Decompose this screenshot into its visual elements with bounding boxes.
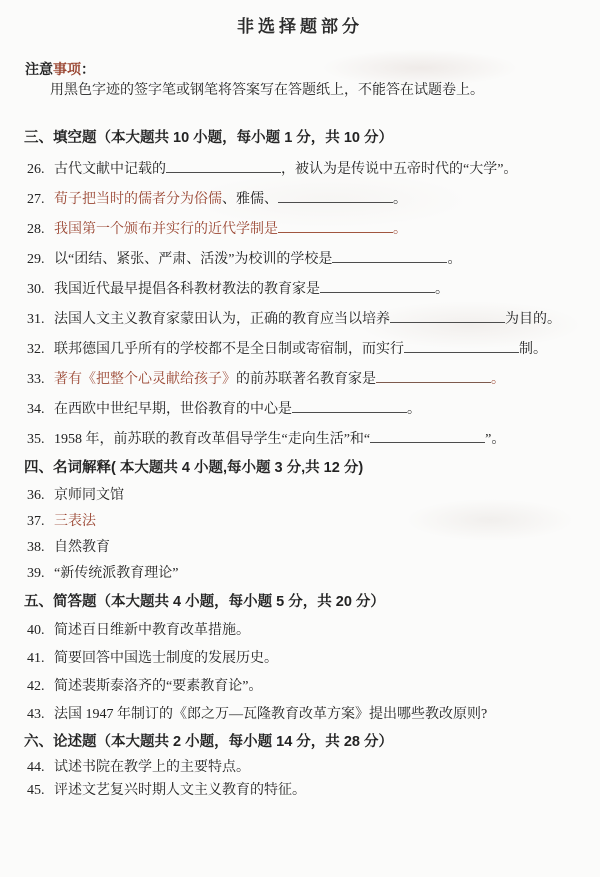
question-33: 33.著有《把整个心灵献给孩子》的前苏联著名教育家是。 bbox=[0, 370, 600, 389]
answer-blank bbox=[278, 220, 393, 233]
question-text: 法国人文主义教育家蒙田认为，正确的教育应当以培养 bbox=[54, 312, 390, 327]
question-text: 。 bbox=[435, 282, 449, 297]
question-text-red: 。 bbox=[491, 372, 505, 387]
question-text-red: 我国第一个颁布并实行的近代学制是 bbox=[54, 222, 278, 237]
question-text-red: 著有《把整个心灵献给孩子》 bbox=[54, 372, 236, 387]
question-text: 在西欧中世纪早期，世俗教育的中心是 bbox=[54, 402, 292, 417]
question-text: 。 bbox=[447, 252, 461, 267]
question-number: 36. bbox=[27, 487, 50, 505]
question-text-red: 三表法 bbox=[54, 514, 96, 529]
question-text: 。 bbox=[393, 192, 407, 207]
question-text: 为目的。 bbox=[505, 312, 561, 327]
question-text: 的前苏联著名教育家是 bbox=[236, 372, 376, 387]
answer-blank bbox=[332, 250, 447, 263]
notice-heading: 注意事项： bbox=[0, 60, 600, 78]
question-number: 33. bbox=[27, 371, 50, 389]
question-number: 30. bbox=[27, 281, 50, 299]
question-text: 法国 1947 年制订的《郎之万—瓦隆教育改革方案》提出哪些教改原则? bbox=[54, 707, 487, 722]
page-title: 非选择题部分 bbox=[0, 0, 600, 38]
question-number: 35. bbox=[27, 431, 50, 449]
question-number: 32. bbox=[27, 341, 50, 359]
question-text: “新传统派教育理论” bbox=[54, 566, 178, 581]
question-text: 简要回答中国选士制度的发展历史。 bbox=[54, 651, 278, 666]
question-38: 38.自然教育 bbox=[0, 539, 600, 557]
section-heading-fill-in-blanks: 三、填空题（本大题共 10 小题，每小题 1 分，共 10 分） bbox=[0, 129, 600, 147]
question-number: 44. bbox=[27, 759, 50, 777]
question-43: 43.法国 1947 年制订的《郎之万—瓦隆教育改革方案》提出哪些教改原则? bbox=[0, 706, 600, 724]
question-number: 27. bbox=[27, 191, 50, 209]
question-text: 联邦德国几乎所有的学校都不是全日制或寄宿制，而实行 bbox=[54, 342, 404, 357]
question-text: 1958 年，前苏联的教育改革倡导学生“走向生活”和“ bbox=[54, 432, 370, 447]
question-40: 40.简述百日维新中教育改革措施。 bbox=[0, 622, 600, 640]
question-number: 34. bbox=[27, 401, 50, 419]
answer-blank bbox=[166, 160, 281, 173]
notice-instruction: 用黑色字迹的签字笔或钢笔将答案写在答题纸上，不能答在试题卷上。 bbox=[0, 82, 600, 100]
question-text: 试述书院在教学上的主要特点。 bbox=[54, 760, 250, 775]
question-28: 28.我国第一个颁布并实行的近代学制是。 bbox=[0, 220, 600, 239]
question-text: 评述文艺复兴时期人文主义教育的特征。 bbox=[54, 783, 306, 798]
section-heading-term-explanation: 四、名词解释( 本大题共 4 小题,每小题 3 分,共 12 分) bbox=[0, 459, 600, 477]
answer-blank bbox=[370, 430, 485, 443]
question-text-red: 荀子把当时的儒者分为俗儒 bbox=[54, 192, 222, 207]
answer-blank bbox=[404, 340, 519, 353]
question-text: 京师同文馆 bbox=[54, 488, 124, 503]
section-heading-essay: 六、论述题（本大题共 2 小题，每小题 14 分，共 28 分） bbox=[0, 733, 600, 751]
question-36: 36.京师同文馆 bbox=[0, 487, 600, 505]
question-number: 41. bbox=[27, 650, 50, 668]
question-35: 35.1958 年，前苏联的教育改革倡导学生“走向生活”和“”。 bbox=[0, 430, 600, 449]
question-number: 39. bbox=[27, 565, 50, 583]
question-31: 31.法国人文主义教育家蒙田认为，正确的教育应当以培养为目的。 bbox=[0, 310, 600, 329]
question-number: 42. bbox=[27, 678, 50, 696]
answer-blank bbox=[278, 190, 393, 203]
question-number: 37. bbox=[27, 513, 50, 531]
question-text: 、雅儒、 bbox=[222, 192, 278, 207]
question-42: 42.简述裴斯泰洛齐的“要素教育论”。 bbox=[0, 678, 600, 696]
question-37: 37.三表法 bbox=[0, 513, 600, 531]
question-34: 34.在西欧中世纪早期，世俗教育的中心是。 bbox=[0, 400, 600, 419]
question-39: 39.“新传统派教育理论” bbox=[0, 565, 600, 583]
question-30: 30.我国近代最早提倡各科教材教法的教育家是。 bbox=[0, 280, 600, 299]
notice-colon: ： bbox=[81, 61, 95, 77]
question-text: 。 bbox=[407, 402, 421, 417]
question-number: 31. bbox=[27, 311, 50, 329]
question-text: 简述百日维新中教育改革措施。 bbox=[54, 623, 250, 638]
question-text: ，被认为是传说中五帝时代的“大学”。 bbox=[281, 162, 517, 177]
question-44: 44.试述书院在教学上的主要特点。 bbox=[0, 759, 600, 777]
question-26: 26.古代文献中记载的，被认为是传说中五帝时代的“大学”。 bbox=[0, 160, 600, 179]
question-text: ”。 bbox=[485, 432, 505, 447]
answer-blank bbox=[320, 280, 435, 293]
question-number: 45. bbox=[27, 782, 50, 800]
question-text: 以“团结、紧张、严肃、活泼”为校训的学校是 bbox=[54, 252, 332, 267]
notice-highlight: 事项 bbox=[53, 61, 81, 77]
question-number: 26. bbox=[27, 161, 50, 179]
section-heading-short-answer: 五、简答题（本大题共 4 小题，每小题 5 分，共 20 分） bbox=[0, 593, 600, 611]
question-text: 制。 bbox=[519, 342, 547, 357]
question-29: 29.以“团结、紧张、严肃、活泼”为校训的学校是。 bbox=[0, 250, 600, 269]
question-number: 28. bbox=[27, 221, 50, 239]
question-text: 古代文献中记载的 bbox=[54, 162, 166, 177]
answer-blank bbox=[390, 310, 505, 323]
question-27: 27.荀子把当时的儒者分为俗儒、雅儒、。 bbox=[0, 190, 600, 209]
question-number: 43. bbox=[27, 706, 50, 724]
question-text: 自然教育 bbox=[54, 540, 110, 555]
question-text: 我国近代最早提倡各科教材教法的教育家是 bbox=[54, 282, 320, 297]
answer-blank bbox=[376, 370, 491, 383]
question-text: 简述裴斯泰洛齐的“要素教育论”。 bbox=[54, 679, 262, 694]
question-number: 40. bbox=[27, 622, 50, 640]
exam-page: 非选择题部分 注意事项： 用黑色字迹的签字笔或钢笔将答案写在答题纸上，不能答在试… bbox=[0, 0, 600, 877]
answer-blank bbox=[292, 400, 407, 413]
question-number: 38. bbox=[27, 539, 50, 557]
question-32: 32.联邦德国几乎所有的学校都不是全日制或寄宿制，而实行制。 bbox=[0, 340, 600, 359]
notice-prefix: 注意 bbox=[25, 61, 53, 77]
question-45: 45.评述文艺复兴时期人文主义教育的特征。 bbox=[0, 782, 600, 800]
question-41: 41.简要回答中国选士制度的发展历史。 bbox=[0, 650, 600, 668]
question-number: 29. bbox=[27, 251, 50, 269]
question-text-red: 。 bbox=[393, 222, 407, 237]
